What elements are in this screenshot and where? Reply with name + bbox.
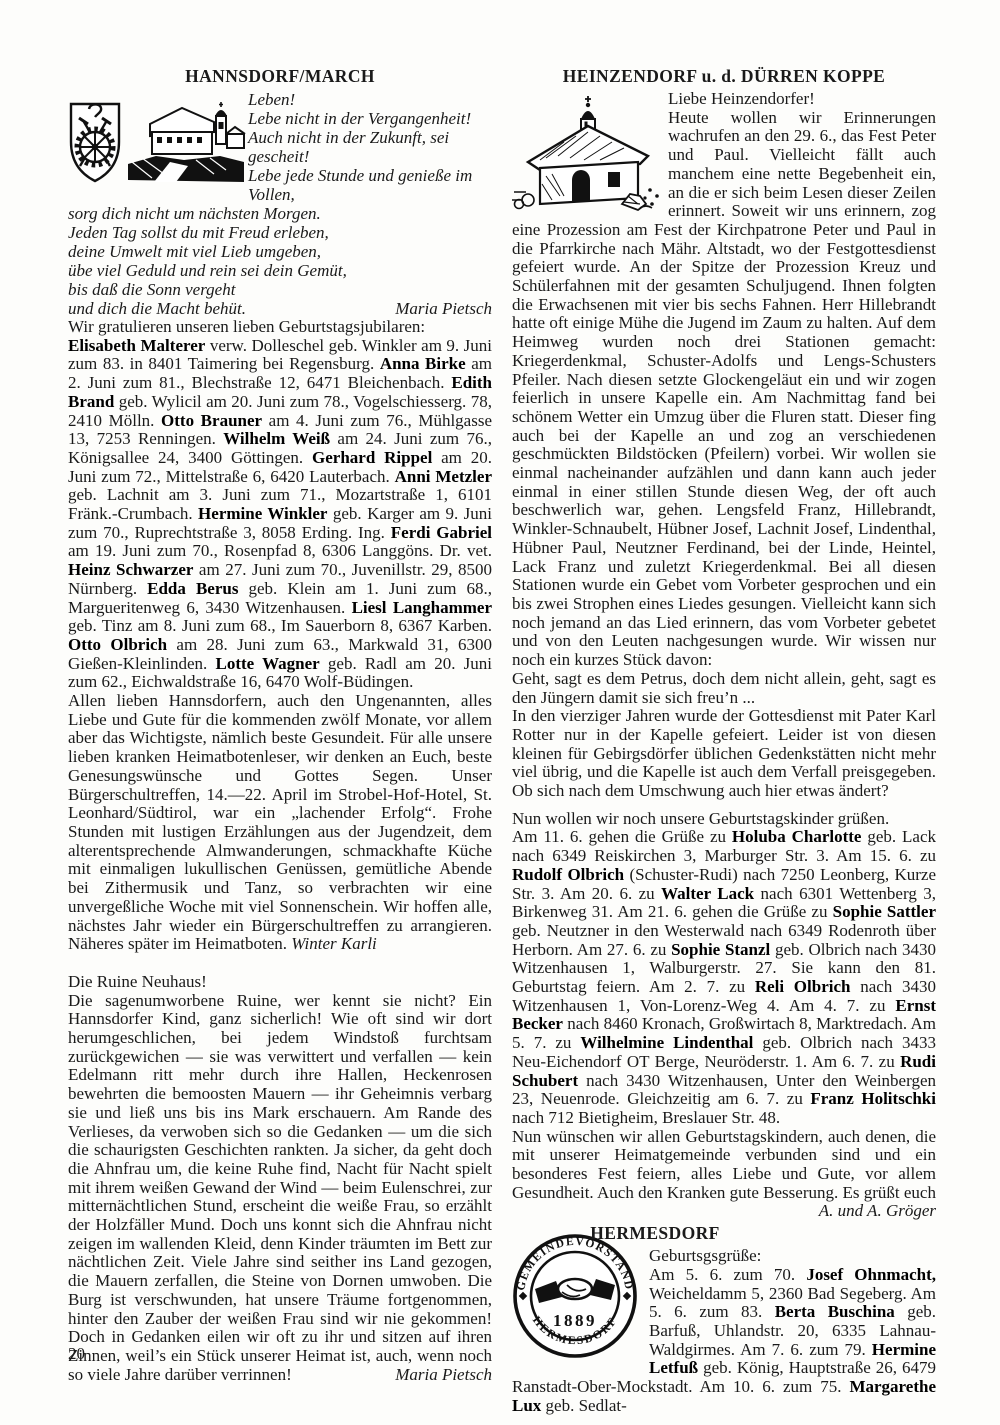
chapel-drawing-icon (512, 92, 662, 214)
ruine-author: Maria Pietsch (395, 1366, 492, 1385)
hannsdorf-title: HANNSDORF/MARCH (68, 66, 492, 86)
poem-line: Lebe nicht in der Vergangenheit! (248, 109, 492, 128)
town-drawing-icon (126, 100, 246, 184)
ruine-title: Die Ruine Neuhaus! (68, 973, 492, 992)
hermesdorf-title: HERMESDORF (443, 1223, 867, 1243)
seal-year: 1889 (553, 1311, 597, 1330)
poem-line: deine Umwelt mit viel Lieb umgeben, (68, 242, 492, 261)
chapel-artwork (512, 92, 662, 214)
poem-author: Maria Pietsch (395, 299, 492, 318)
newsletter-page: { "page_number": "20", "images": { "hann… (0, 0, 1000, 1425)
column-heinzendorf: HEINZENDORF u. d. DÜRREN KOPPE Liebe Hei… (512, 66, 936, 1416)
hermesdorf-seal: GEMEINDEVORSTAND HERMESDORF 1889 (512, 1229, 638, 1363)
coat-of-arms-icon (68, 100, 122, 184)
closing-signature: A. und A. Gröger (512, 1202, 936, 1221)
poem-line: sorg dich nicht um nächsten Morgen. (68, 204, 492, 223)
ruine-paragraph: Die sagenumworbene Ruine, wer kennt sie … (68, 992, 492, 1385)
poem-line: bis daß die Sonn vergeht (68, 280, 492, 299)
hannsdorf-poem-head: Leben!Lebe nicht in der Vergangenheit!Au… (68, 90, 492, 204)
page-number: 20 (68, 1344, 85, 1364)
jubilare-paragraph: Elisabeth Malterer verw. Dolleschel geb.… (68, 337, 492, 692)
poem-line: Lebe jede Stunde und genieße im (248, 166, 492, 185)
closing-paragraph: Nun wünschen wir allen Geburtstagskinder… (512, 1128, 936, 1203)
poem-line: Auch nicht in der Zukunft, sei (248, 128, 492, 147)
poem-line: Vollen, (248, 185, 492, 204)
hannsdorf-poem-rest: sorg dich nicht um nächsten Morgen.Jeden… (68, 204, 492, 299)
hannsdorf-poem-beside: Leben!Lebe nicht in der Vergangenheit!Au… (248, 90, 492, 204)
jubilare-intro: Wir gratulieren unseren lieben Geburtsta… (68, 318, 492, 337)
heinzendorf-kapelle: In den vierziger Jahren wurde der Gottes… (512, 707, 936, 801)
poem-line: gescheit! (248, 147, 492, 166)
hannsdorf-poem-lastline: und dich die Macht behüt. Maria Pietsch (68, 299, 492, 318)
hannsdorf-artwork (68, 90, 248, 204)
column-hannsdorf: HANNSDORF/MARCH (68, 66, 492, 1384)
wishes-paragraph: Allen lieben Hannsdorfern, auch den Unge… (68, 692, 492, 954)
poem-line: übe viel Geduld und rein sei dein Gemüt, (68, 261, 492, 280)
heinzendorf-song: Geht, sagt es dem Petrus, doch dem nicht… (512, 670, 936, 707)
poem-line: Jeden Tag sollst du mit Freud erleben, (68, 223, 492, 242)
poem-line: und dich die Macht behüt. (68, 299, 246, 318)
poem-line: Leben! (248, 90, 492, 109)
birthdays-intro: Nun wollen wir noch unsere Geburtstagski… (512, 810, 936, 829)
seal-icon: GEMEINDEVORSTAND HERMESDORF 1889 (512, 1229, 638, 1363)
birthdays-paragraph: Am 11. 6. gehen die Grüße zu Holuba Char… (512, 828, 936, 1127)
heinzendorf-title: HEINZENDORF u. d. DÜRREN KOPPE (512, 66, 936, 86)
